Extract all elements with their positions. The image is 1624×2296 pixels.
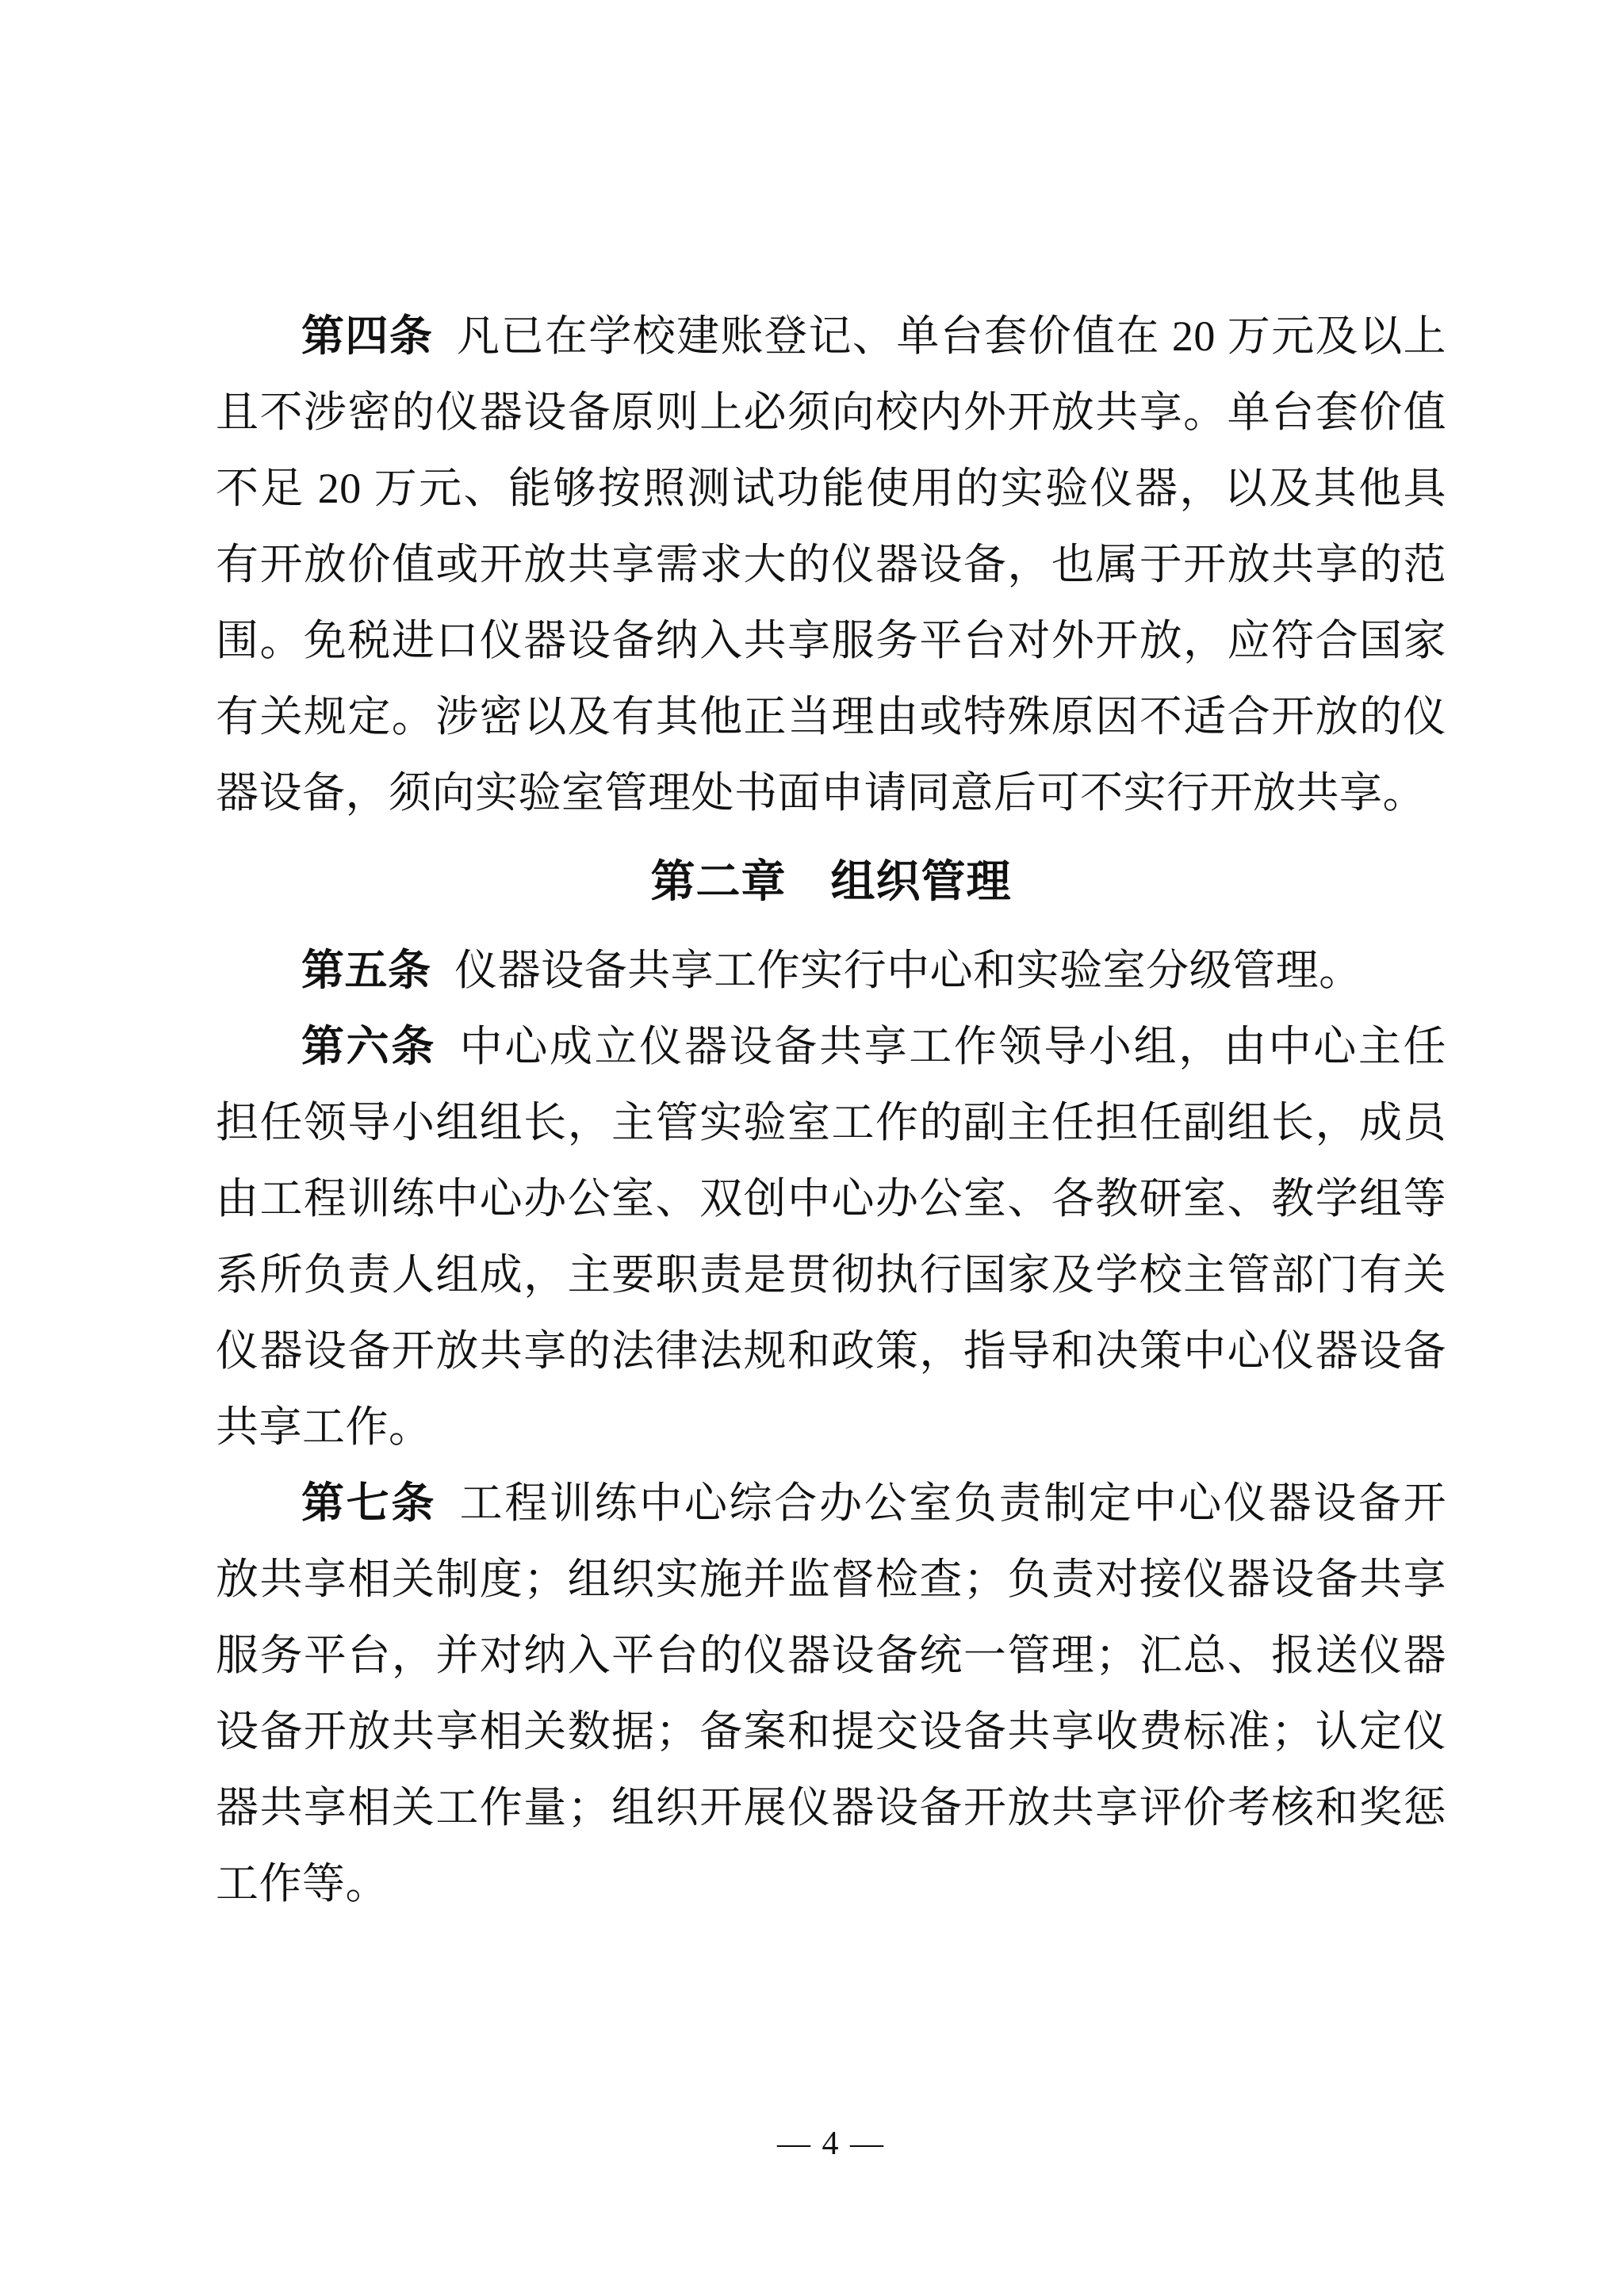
article-6-text: 中心成立仪器设备共享工作领导小组，由中心主任担任领导小组组长，主管实验室工作的副… — [216, 1023, 1446, 1451]
article-4-paragraph: 第四条凡已在学校建账登记、单台套价值在 20 万元及以上且不涉密的仪器设备原则上… — [216, 298, 1446, 831]
chapter-2-number: 第二章 — [651, 856, 787, 906]
chapter-2-title: 组织管理 — [831, 856, 1012, 906]
article-7-paragraph: 第七条工程训练中心综合办公室负责制定中心仪器设备开放共享相关制度；组织实施并监督… — [216, 1465, 1446, 1922]
page-footer: — 4 — — [216, 2120, 1446, 2168]
article-7-label: 第七条 — [301, 1479, 436, 1527]
article-5-text: 仪器设备共享工作实行中心和实验室分级管理。 — [454, 947, 1362, 994]
article-4-text: 凡已在学校建账登记、单台套价值在 20 万元及以上且不涉密的仪器设备原则上必须向… — [216, 312, 1446, 817]
document-page: 第四条凡已在学校建账登记、单台套价值在 20 万元及以上且不涉密的仪器设备原则上… — [0, 0, 1624, 2296]
article-5-label: 第五条 — [301, 947, 431, 994]
chapter-2-heading: 第二章组织管理 — [216, 844, 1446, 920]
article-6-paragraph: 第六条中心成立仪器设备共享工作领导小组，由中心主任担任领导小组组长，主管实验室工… — [216, 1008, 1446, 1465]
article-6-label: 第六条 — [301, 1023, 436, 1070]
page-number: — 4 — — [777, 2126, 885, 2162]
article-7-text: 工程训练中心综合办公室负责制定中心仪器设备开放共享相关制度；组织实施并监督检查；… — [216, 1479, 1446, 1908]
article-5-paragraph: 第五条仪器设备共享工作实行中心和实验室分级管理。 — [216, 932, 1446, 1008]
article-4-label: 第四条 — [301, 312, 433, 360]
